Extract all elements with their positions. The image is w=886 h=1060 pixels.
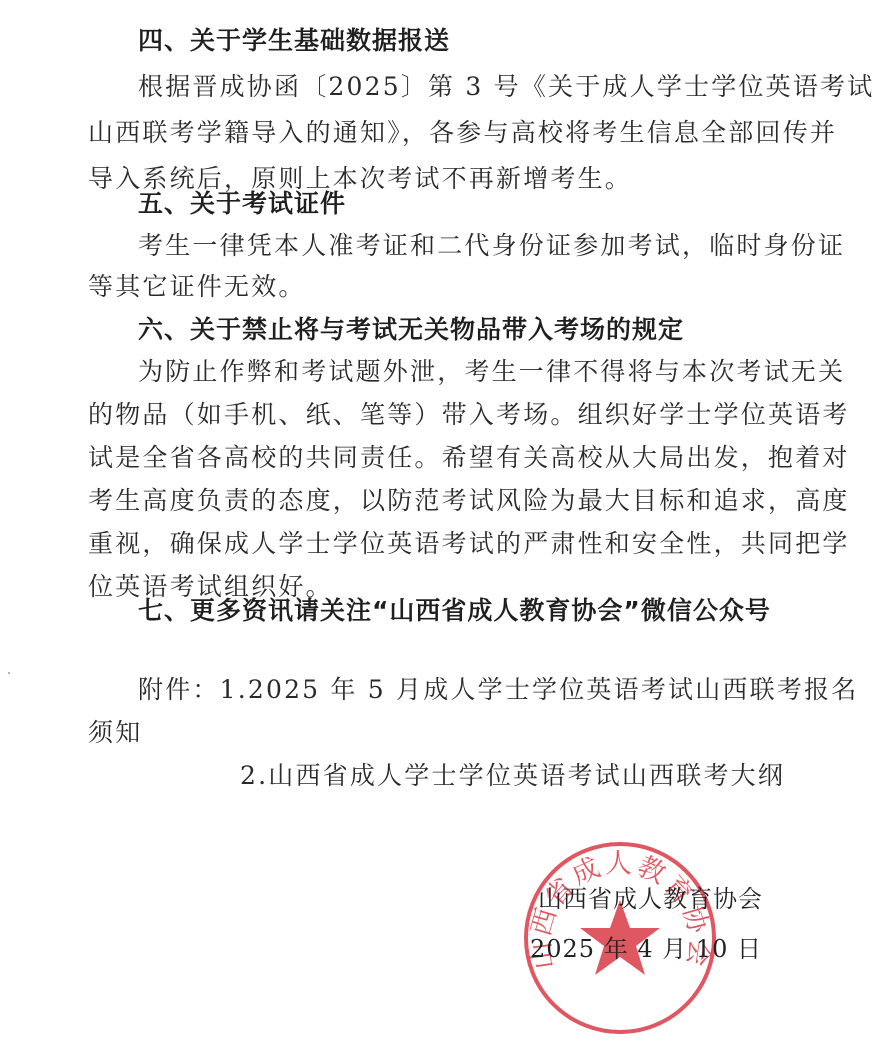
section-4-line-1: 根据晋成协函〔2025〕第 3 号《关于成人学士学位英语考试 <box>138 72 874 102</box>
attachment-1: 附件：1.2025 年 5 月成人学士学位英语考试山西联考报名 <box>138 675 858 705</box>
document-page: 四、关于学生基础数据报送 根据晋成协函〔2025〕第 3 号《关于成人学士学位英… <box>0 0 886 1060</box>
signature-date: 2025 年 4 月 10 日 <box>530 934 762 964</box>
section-6-line-4: 考生高度负责的态度，以防范考试风险为最大目标和追求，高度 <box>88 486 850 516</box>
section-6-line-1: 为防止作弊和考试题外泄，考生一律不得将与本次考试无关 <box>138 357 845 387</box>
section-4-line-2: 山西联考学籍导入的通知》，各参与高校将考生信息全部回传并 <box>88 118 837 148</box>
section-6-heading: 六、关于禁止将与考试无关物品带入考场的规定 <box>138 315 684 345</box>
section-4-heading: 四、关于学生基础数据报送 <box>138 26 450 56</box>
scan-artifact <box>8 672 10 674</box>
section-5-heading: 五、关于考试证件 <box>138 189 346 219</box>
section-6-line-3: 试是全省各高校的共同责任。希望有关高校从大局出发，抱着对 <box>88 443 850 473</box>
section-6-line-2: 的物品（如手机、纸、笔等）带入考场。组织好学士学位英语考 <box>88 400 850 430</box>
attachment-2: 2.山西省成人学士学位英语考试山西联考大纲 <box>240 761 785 791</box>
attachment-1-continued: 须知 <box>88 718 142 748</box>
section-6-line-5: 重视，确保成人学士学位英语考试的严肃性和安全性，共同把学 <box>88 529 850 559</box>
signature-organization: 山西省成人教育协会 <box>538 884 763 914</box>
section-7-heading: 七、更多资讯请关注“山西省成人教育协会”微信公众号 <box>138 596 771 626</box>
section-5-line-2: 等其它证件无效。 <box>88 272 306 302</box>
section-5-line-1: 考生一律凭本人准考证和二代身份证参加考试，临时身份证 <box>138 231 845 261</box>
